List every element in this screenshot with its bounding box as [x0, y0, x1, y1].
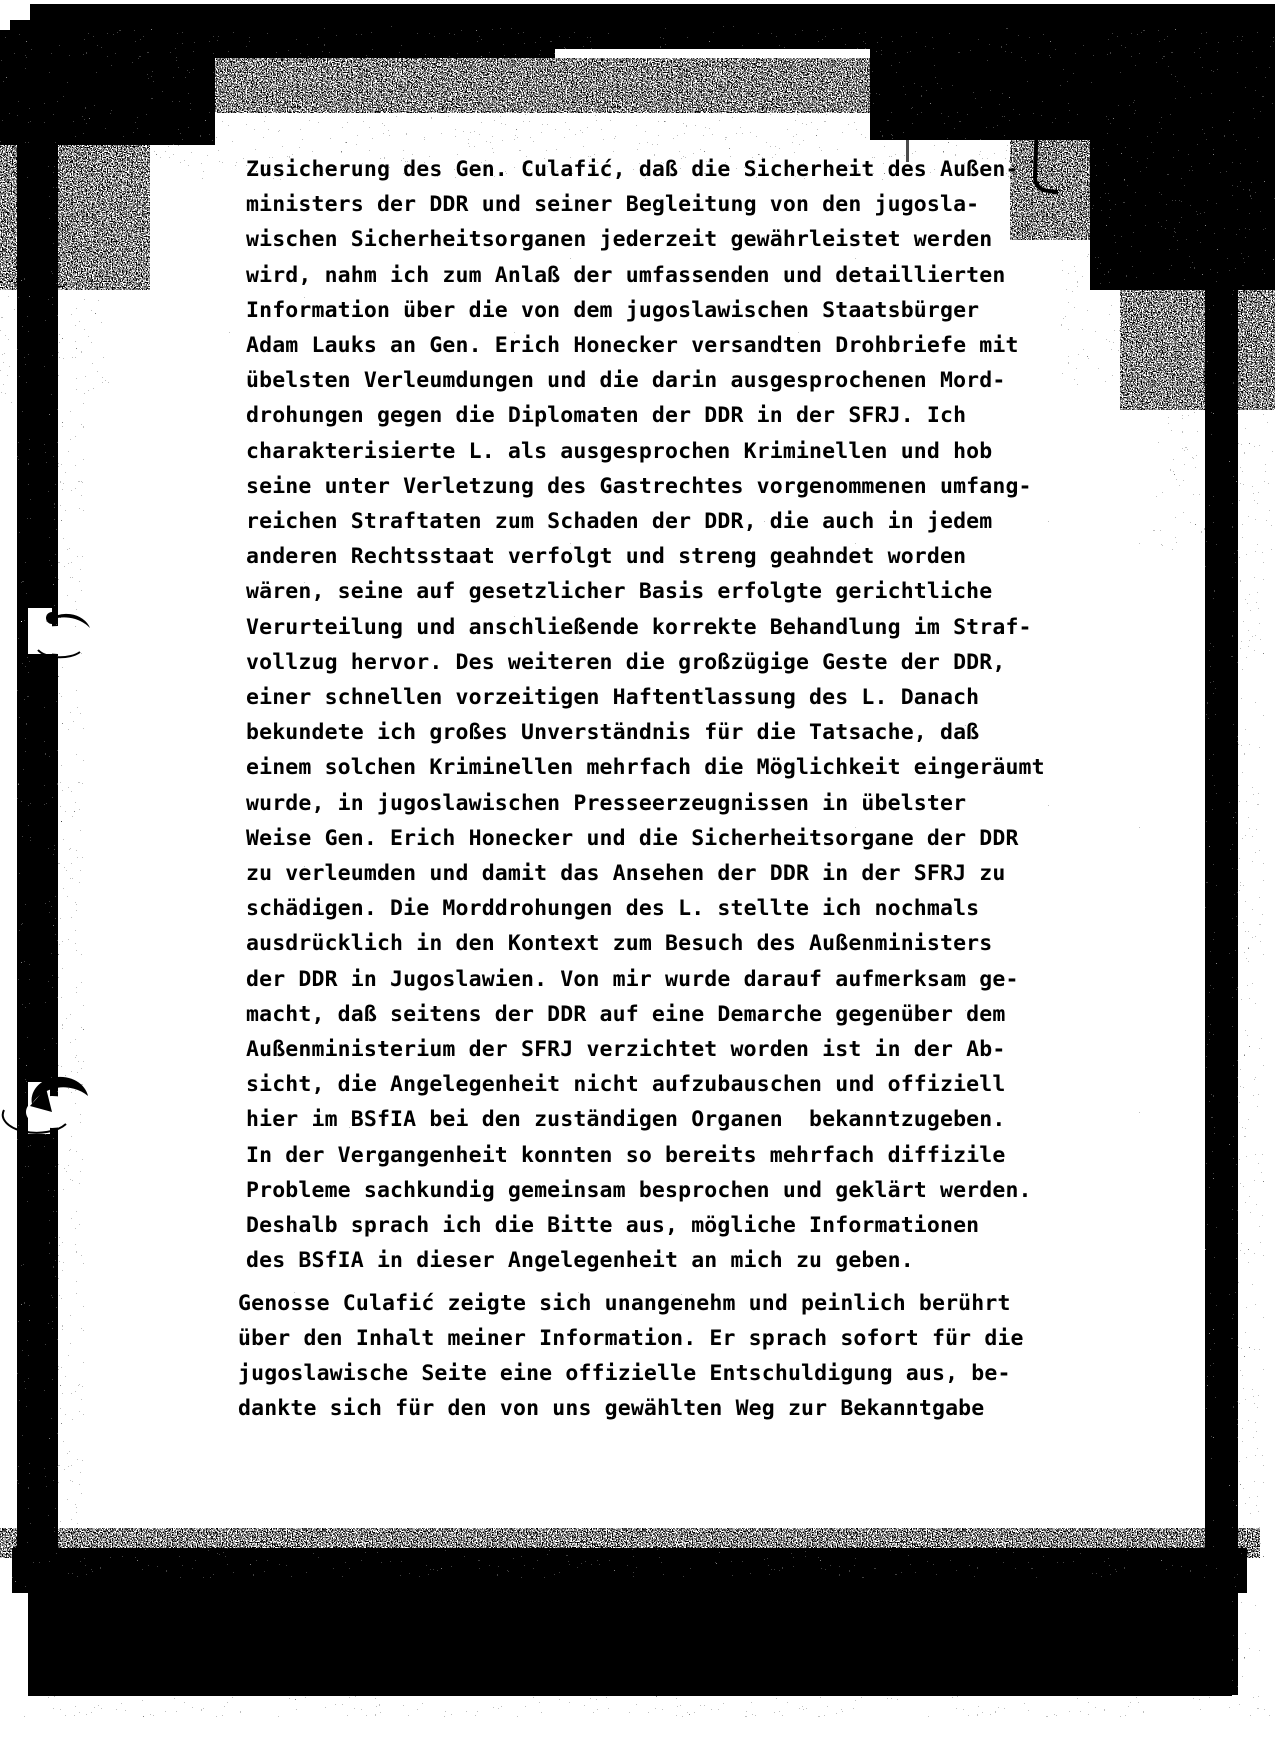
- fold-streak: [906, 58, 909, 162]
- document-line: einem solchen Kriminellen mehrfach die M…: [246, 750, 1076, 785]
- scan-border-right: [1205, 140, 1264, 1695]
- document-line: ministers der DDR und seiner Begleitung …: [246, 187, 1076, 222]
- document-line: einer schnellen vorzeitigen Haftentlassu…: [246, 680, 1076, 715]
- document-line: ausdrücklich in den Kontext zum Besuch d…: [246, 926, 1076, 961]
- document-text: Zusicherung des Gen. Culafić, daß die Si…: [246, 152, 1076, 1426]
- document-line: zu verleumden und damit das Ansehen der …: [246, 856, 1076, 891]
- paragraph-2: Genosse Culafić zeigte sich unangenehm u…: [238, 1286, 1076, 1427]
- document-line: wären, seine auf gesetzlicher Basis erfo…: [246, 574, 1076, 609]
- document-line: wischen Sicherheitsorganen jederzeit gew…: [246, 222, 1076, 257]
- document-line: wird, nahm ich zum Anlaß der umfassenden…: [246, 258, 1076, 293]
- document-line: wurde, in jugoslawischen Presseerzeugnis…: [246, 786, 1076, 821]
- document-line: Deshalb sprach ich die Bitte aus, möglic…: [246, 1208, 1076, 1243]
- document-line: seine unter Verletzung des Gastrechtes v…: [246, 469, 1076, 504]
- document-line: Information über die von dem jugoslawisc…: [246, 293, 1076, 328]
- document-line: schädigen. Die Morddrohungen des L. stel…: [246, 891, 1076, 926]
- scan-border-bottom: [0, 1528, 1275, 1747]
- document-line: Probleme sachkundig gemeinsam besprochen…: [246, 1173, 1076, 1208]
- document-line: vollzug hervor. Des weiteren die großzüg…: [246, 645, 1076, 680]
- paragraph-1: Zusicherung des Gen. Culafić, daß die Si…: [246, 152, 1076, 1279]
- document-line: Genosse Culafić zeigte sich unangenehm u…: [238, 1286, 1076, 1321]
- document-line: dankte sich für den von uns gewählten We…: [238, 1391, 1076, 1426]
- document-line: sicht, die Angelegenheit nicht aufzubaus…: [246, 1067, 1076, 1102]
- document-line: hier im BSfIA bei den zuständigen Organe…: [246, 1102, 1076, 1137]
- document-line: Außenministerium der SFRJ verzichtet wor…: [246, 1032, 1076, 1067]
- document-line: des BSfIA in dieser Angelegenheit an mic…: [246, 1243, 1076, 1278]
- document-line: der DDR in Jugoslawien. Von mir wurde da…: [246, 962, 1076, 997]
- document-line: macht, daß seitens der DDR auf eine Dema…: [246, 997, 1076, 1032]
- document-line: Verurteilung und anschließende korrekte …: [246, 610, 1076, 645]
- document-line: über den Inhalt meiner Information. Er s…: [238, 1321, 1076, 1356]
- document-line: Weise Gen. Erich Honecker und die Sicher…: [246, 821, 1076, 856]
- document-line: Zusicherung des Gen. Culafić, daß die Si…: [246, 152, 1076, 187]
- document-line: drohungen gegen die Diplomaten der DDR i…: [246, 398, 1076, 433]
- document-line: Adam Lauks an Gen. Erich Honecker versan…: [246, 328, 1076, 363]
- document-line: In der Vergangenheit konnten so bereits …: [246, 1138, 1076, 1173]
- document-line: charakterisierte L. als ausgesprochen Kr…: [246, 434, 1076, 469]
- document-line: jugoslawische Seite eine offizielle Ents…: [238, 1356, 1076, 1391]
- document-line: übelsten Verleumdungen und die darin aus…: [246, 363, 1076, 398]
- document-line: anderen Rechtsstaat verfolgt und streng …: [246, 539, 1076, 574]
- document-line: bekundete ich großes Unverständnis für d…: [246, 715, 1076, 750]
- scanned-document-page: Zusicherung des Gen. Culafić, daß die Si…: [0, 0, 1275, 1750]
- document-line: reichen Straftaten zum Schaden der DDR, …: [246, 504, 1076, 539]
